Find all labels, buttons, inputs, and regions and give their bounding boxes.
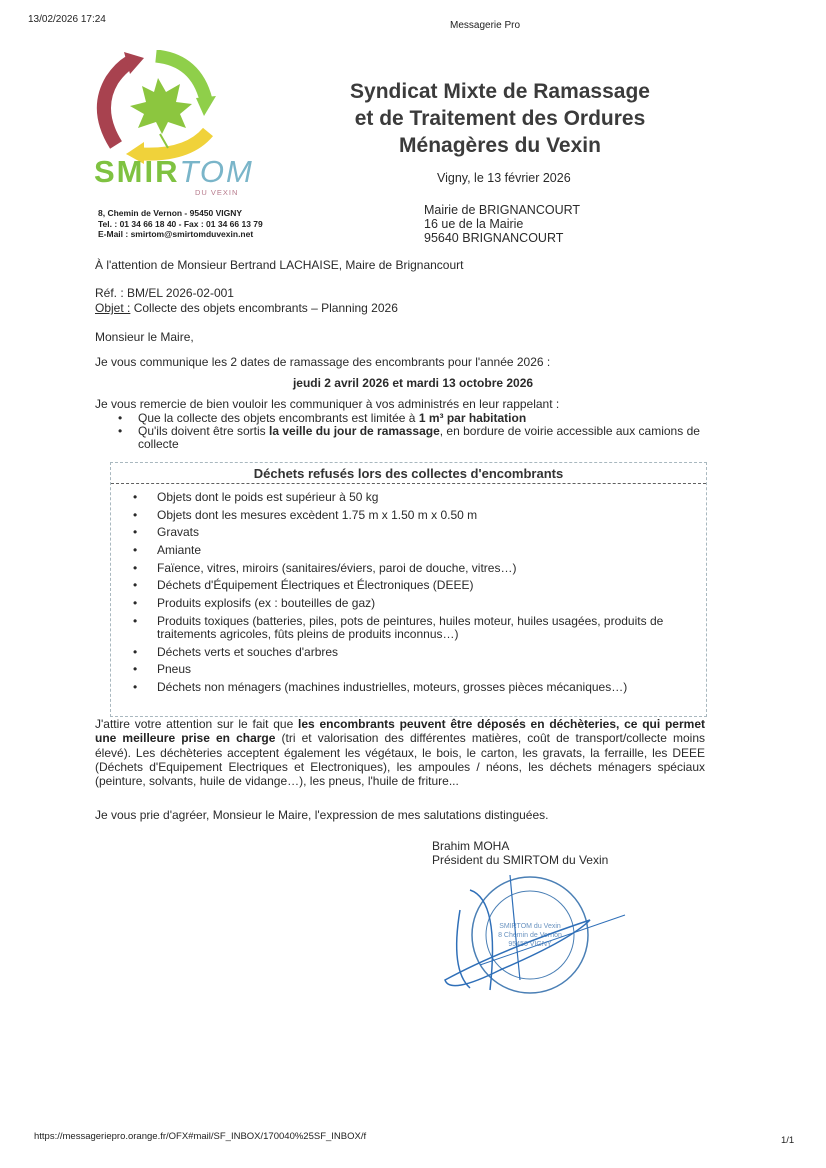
refused-item-text: Gravats <box>157 525 199 539</box>
refused-waste-title: Déchets refusés lors des collectes d'enc… <box>111 463 706 484</box>
reminder-text: Que la collecte des objets encombrants e… <box>138 411 419 425</box>
refused-item-text: Objets dont le poids est supérieur à 50 … <box>157 490 378 504</box>
closing-lead: J'attire votre attention sur le fait que <box>95 717 298 731</box>
recipient-line: 95640 BRIGNANCOURT <box>424 231 580 245</box>
collection-dates: jeudi 2 avril 2026 et mardi 13 octobre 2… <box>95 376 731 390</box>
print-app-title: Messagerie Pro <box>450 20 520 31</box>
list-item: •Faïence, vitres, miroirs (sanitaires/év… <box>131 562 691 575</box>
intro-paragraph: Je vous communique les 2 dates de ramass… <box>95 355 550 369</box>
print-page-number: 1/1 <box>781 1135 794 1146</box>
contact-block: 8, Chemin de Vernon - 95450 VIGNY Tel. :… <box>98 208 263 240</box>
list-item: •Objets dont le poids est supérieur à 50… <box>131 491 691 504</box>
refused-item-text: Faïence, vitres, miroirs (sanitaires/évi… <box>157 561 516 575</box>
bullet-icon: • <box>133 544 137 557</box>
brand-subtitle: DU VEXIN <box>195 188 238 197</box>
recipient-line: Mairie de BRIGNANCOURT <box>424 203 580 217</box>
contact-address: 8, Chemin de Vernon - 95450 VIGNY <box>98 208 263 219</box>
politeness-formula: Je vous prie d'agréer, Monsieur le Maire… <box>95 808 548 822</box>
brand-smir: SMIR <box>94 154 180 189</box>
reminder-text: Qu'ils doivent être sortis <box>138 424 269 438</box>
bullet-icon: • <box>133 681 137 694</box>
bullet-icon: • <box>118 425 122 438</box>
refused-waste-box: Déchets refusés lors des collectes d'enc… <box>110 462 707 717</box>
org-title-line: et de Traitement des Ordures <box>300 105 700 132</box>
list-item: •Déchets non ménagers (machines industri… <box>131 681 691 694</box>
list-item: •Amiante <box>131 544 691 557</box>
refused-item-text: Objets dont les mesures excèdent 1.75 m … <box>157 508 477 522</box>
list-item: •Produits explosifs (ex : bouteilles de … <box>131 597 691 610</box>
reminder-bold: 1 m³ par habitation <box>419 411 526 425</box>
brand-name: SMIRTOM <box>94 156 254 187</box>
refused-item-text: Produits toxiques (batteries, piles, pot… <box>157 614 663 641</box>
bullet-icon: • <box>133 663 137 676</box>
contact-email: E-Mail : smirtom@smirtomduvexin.net <box>98 229 263 240</box>
list-item: •Déchets d'Équipement Électriques et Éle… <box>131 579 691 592</box>
bullet-icon: • <box>133 562 137 575</box>
salutation: Monsieur le Maire, <box>95 330 194 344</box>
brand-tom: TOM <box>180 154 254 189</box>
list-item: •Pneus <box>131 663 691 676</box>
refused-item-text: Amiante <box>157 543 201 557</box>
recipient-address: Mairie de BRIGNANCOURT 16 ue de la Mairi… <box>424 203 580 245</box>
list-item: •Gravats <box>131 526 691 539</box>
print-footer-url: https://messageriepro.orange.fr/OFX#mail… <box>34 1131 366 1142</box>
reminder-bold: la veille du jour de ramassage <box>269 424 440 438</box>
list-item: •Déchets verts et souches d'arbres <box>131 646 691 659</box>
signer-name: Brahim MOHA <box>432 839 509 853</box>
subject-text: Collecte des objets encombrants – Planni… <box>130 301 398 315</box>
signer-title: Président du SMIRTOM du Vexin <box>432 853 608 867</box>
smirtom-logo-icon <box>88 50 228 165</box>
bullet-icon: • <box>133 579 137 592</box>
org-title-line: Syndicat Mixte de Ramassage <box>300 78 700 105</box>
reminder-list: •Que la collecte des objets encombrants … <box>116 412 726 451</box>
refused-item-text: Produits explosifs (ex : bouteilles de g… <box>157 596 375 610</box>
print-datetime: 13/02/2026 17:24 <box>28 14 106 25</box>
reference: Réf. : BM/EL 2026-02-001 <box>95 286 234 300</box>
list-item: •Qu'ils doivent être sortis la veille du… <box>116 425 726 451</box>
closing-paragraph: J'attire votre attention sur le fait que… <box>95 717 705 788</box>
recipient-line: 16 ue de la Mairie <box>424 217 580 231</box>
refused-item-text: Déchets d'Équipement Électriques et Élec… <box>157 578 473 592</box>
subject-line: Objet : Collecte des objets encombrants … <box>95 301 398 315</box>
svg-text:SMIRTOM du Vexin: SMIRTOM du Vexin <box>499 923 561 930</box>
organization-title: Syndicat Mixte de Ramassage et de Traite… <box>300 78 700 159</box>
subject-label: Objet : <box>95 301 130 315</box>
bullet-icon: • <box>133 615 137 628</box>
place-date: Vigny, le 13 février 2026 <box>437 171 571 185</box>
refused-item-text: Pneus <box>157 662 191 676</box>
list-item: •Objets dont les mesures excèdent 1.75 m… <box>131 509 691 522</box>
bullet-icon: • <box>133 526 137 539</box>
org-title-line: Ménagères du Vexin <box>300 132 700 159</box>
bullet-icon: • <box>133 597 137 610</box>
refused-item-text: Déchets verts et souches d'arbres <box>157 645 338 659</box>
official-stamp-icon: SMIRTOM du Vexin 8 Chemin de Vernon 9545… <box>440 870 630 1000</box>
reminder-intro: Je vous remercie de bien vouloir les com… <box>95 397 559 411</box>
bullet-icon: • <box>133 646 137 659</box>
bullet-icon: • <box>133 509 137 522</box>
attention-line: À l'attention de Monsieur Bertrand LACHA… <box>95 258 463 272</box>
contact-phone: Tel. : 01 34 66 18 40 - Fax : 01 34 66 1… <box>98 219 263 230</box>
refused-waste-list: •Objets dont le poids est supérieur à 50… <box>131 491 691 699</box>
list-item: •Produits toxiques (batteries, piles, po… <box>131 615 691 641</box>
bullet-icon: • <box>133 491 137 504</box>
refused-item-text: Déchets non ménagers (machines industrie… <box>157 680 627 694</box>
